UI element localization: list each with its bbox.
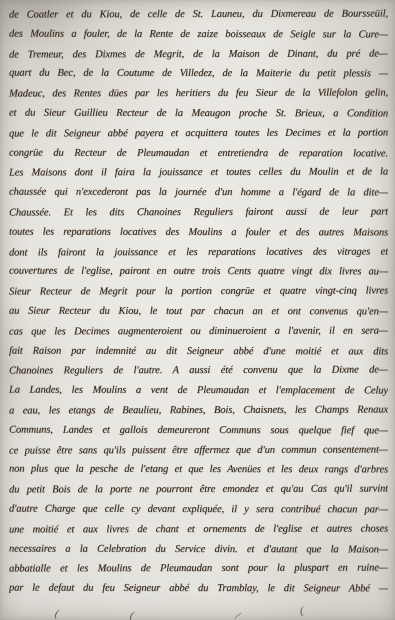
manuscript-line: Sieur Recteur de Megrit pour la portion … — [9, 282, 388, 303]
manuscript-line: des Moulins a fouler, de la Rente de zai… — [9, 24, 388, 45]
manuscript-line: dont ils fairont la jouissance et les re… — [9, 242, 388, 263]
cut-off-stroke: ( — [129, 610, 135, 620]
manuscript-line: quart du Bec, de la Coutume de Villedez,… — [9, 64, 388, 85]
manuscript-line: ce puisse être sans qu'ils puissent être… — [9, 440, 388, 461]
manuscript-line: de Coatler et du Kiou, de celle de St. L… — [9, 5, 388, 26]
manuscript-line: non plus que la pesche de l'etang et que… — [9, 460, 388, 481]
cut-off-stroke: ( — [299, 605, 304, 617]
manuscript-line: une moitié et aux livres de chant et orn… — [9, 519, 388, 540]
manuscript-page: de Coatler et du Kiou, de celle de St. L… — [0, 0, 395, 620]
manuscript-line: abbatialle et les Moulins de Pleumaudan … — [9, 559, 388, 580]
manuscript-line: d'autre Charge que celle cy devant expli… — [9, 500, 388, 521]
manuscript-line: congrüe du Recteur de Pleumaudan et entr… — [9, 143, 388, 164]
cut-off-stroke: ( — [54, 608, 60, 620]
manuscript-line: chaussée qui n'excederont pas la journée… — [9, 183, 388, 204]
manuscript-line: a eau, les etangs de Beaulieu, Rabines, … — [9, 400, 388, 421]
manuscript-line: couvertures de l'eglise, pairont en outr… — [9, 262, 388, 283]
manuscript-line: necessaires a la Celebration du Service … — [9, 539, 388, 560]
manuscript-line: La Landes, les Moulins a vent de Pleumau… — [9, 381, 388, 402]
manuscript-line: par le defaut du feu Seigneur abbé du Tr… — [9, 579, 388, 600]
manuscript-line: de Tremeur, des Dixmes de Megrit, de la … — [9, 44, 388, 65]
manuscript-line: fait Raison par indemnité au dit Seigneu… — [9, 341, 388, 362]
manuscript-line: et du Sieur Guillieu Recteur de la Meaug… — [9, 104, 388, 125]
manuscript-line: Les Maisons dont il faira la jouissance … — [9, 163, 388, 184]
manuscript-line: Chanoines Reguliers de l'autre. A aussi … — [9, 361, 388, 382]
manuscript-line: Chaussée. Et les dits Chanoines Regulier… — [9, 202, 388, 223]
manuscript-line: au Sieur Recteur du Kiou, le tout par ch… — [9, 302, 388, 323]
manuscript-line: Communs, Landes et gallois demeureront C… — [9, 420, 388, 441]
cut-off-stroke: / — [234, 610, 241, 620]
manuscript-line: Madeuc, des Rentes dües par les heritier… — [9, 84, 388, 105]
manuscript-line: cas que les Decimes augmenteroient ou di… — [9, 321, 388, 342]
manuscript-text-block: de Coatler et du Kiou, de celle de St. L… — [9, 5, 388, 599]
manuscript-line: du petit Bois de la porte ne pourront êt… — [9, 480, 388, 501]
manuscript-line: toutes les reparations locatives des Mou… — [9, 222, 388, 243]
manuscript-line: que le dit Seigneur abbé payera et acqui… — [9, 123, 388, 144]
